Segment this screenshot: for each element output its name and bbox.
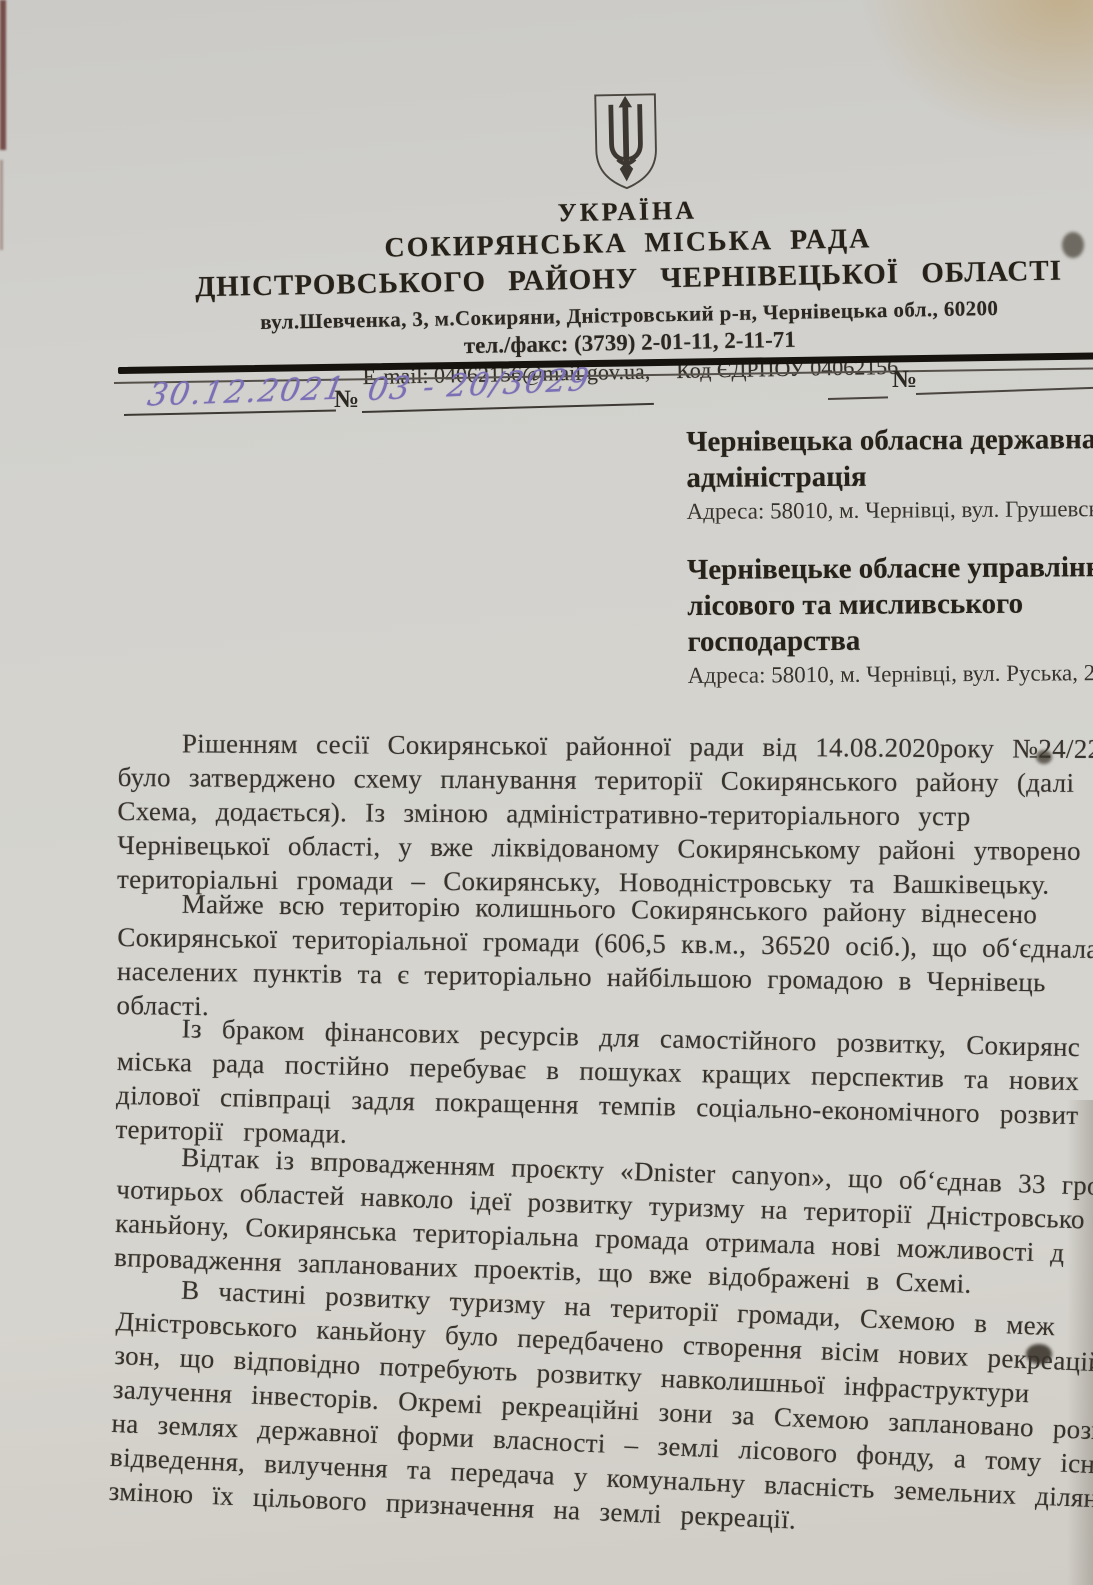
blank-number-underline (916, 387, 1093, 395)
body-paragraph-5: В частині розвитку туризму на території … (108, 1270, 1093, 1550)
scanned-letter-page: УКРАЇНА СОКИРЯНСЬКА МІСЬКА РАДА ДНІСТРОВ… (0, 0, 1093, 1585)
number-sign-right: № (892, 366, 917, 394)
recipient-1-address: Адреса: 58010, м. Чернівці, вул. Грушевс… (687, 496, 1093, 525)
number-sign-left: № (334, 386, 359, 414)
recipient-1-name-line: адміністрація (686, 457, 1093, 496)
ukraine-trident-emblem (590, 91, 662, 192)
recipient-1-name-line: Чернівецька обласна державна (686, 421, 1093, 460)
recipient-2-name-line: лісового та мисливського (687, 585, 1093, 624)
recipient-2-name-line: Чернівецьке обласне управлінн (687, 549, 1093, 588)
recipient-block: Чернівецька обласна державна адміністрац… (686, 421, 1093, 689)
recipient-spacer (687, 522, 1093, 552)
handwritten-date: 30.12.2021 (145, 370, 349, 413)
blank-line-segment (828, 396, 888, 400)
recipient-2-name-line: господарства (687, 621, 1093, 660)
letterhead: УКРАЇНА СОКИРЯНСЬКА МІСЬКА РАДА ДНІСТРОВ… (130, 82, 1093, 394)
scan-edge-artifact (0, 160, 3, 250)
body-paragraph-1: Рішенням сесії Сокирянської районної рад… (117, 726, 1093, 902)
recipient-2-address: Адреса: 58010, м. Чернівці, вул. Руська,… (688, 660, 1093, 689)
scan-edge-artifact (0, 0, 6, 150)
